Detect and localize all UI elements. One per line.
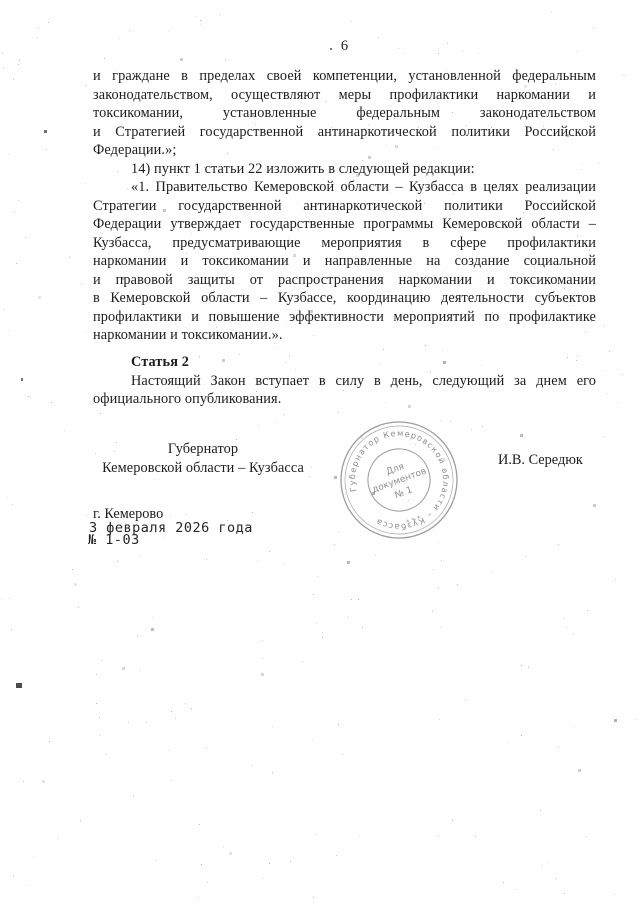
scan-speck: [16, 683, 22, 688]
scan-speck: [44, 130, 47, 133]
body-line: профилактики и повышение эффективности м…: [93, 308, 596, 327]
body-line: и граждане в пределах своей компетенции,…: [93, 67, 596, 86]
article-2-line: Настоящий Закон вступает в силу в день, …: [93, 372, 596, 391]
body-line: токсикомании, установленные федеральным …: [93, 104, 596, 123]
body-line: Стратегии государственной антинаркотичес…: [93, 197, 596, 216]
article-2-heading: Статья 2: [93, 353, 596, 372]
scan-noise-layer: [0, 0, 1, 1]
stamp-center-line: № 1: [394, 485, 414, 501]
page-number: 6: [93, 38, 596, 55]
document-stamp: Губернатор Кемеровской области – Кузбасс…: [319, 400, 479, 560]
scan-speck: [330, 48, 332, 50]
body-line: и Стратегией государственной антинаркоти…: [93, 123, 596, 142]
official-stamp-icon: Губернатор Кемеровской области – Кузбасс…: [319, 400, 479, 560]
body-line: Федерации утверждает государственные про…: [93, 215, 596, 234]
body-line: Кузбасса, предусматривающие мероприятия …: [93, 234, 596, 253]
footer-number: № 1-03: [88, 532, 140, 548]
body-line: законодательством, осуществляют меры про…: [93, 86, 596, 105]
signature-title-line: Кемеровской области – Кузбасса: [93, 459, 313, 478]
body-line: наркомании и токсикомании и направленные…: [93, 252, 596, 271]
signature-title: Губернатор Кемеровской области – Кузбасс…: [93, 440, 313, 477]
scan-speck: [21, 378, 23, 381]
scanned-document-page: 6 и граждане в пределах своей компетенци…: [0, 0, 640, 905]
body-line: и правовой защиты от распространения нар…: [93, 271, 596, 290]
body-line: наркомании и токсикомании.».: [93, 326, 596, 345]
body-line: в Кемеровской области – Кузбассе, коорди…: [93, 289, 596, 308]
signature-name: И.В. Середюк: [498, 452, 583, 469]
body-line: Федерации.»;: [93, 141, 596, 160]
body-line: 14) пункт 1 статьи 22 изложить в следующ…: [93, 160, 596, 179]
signature-title-line: Губернатор: [93, 440, 313, 459]
body-text: и граждане в пределах своей компетенции,…: [93, 67, 596, 345]
body-line: «1. Правительство Кемеровской области – …: [93, 178, 596, 197]
